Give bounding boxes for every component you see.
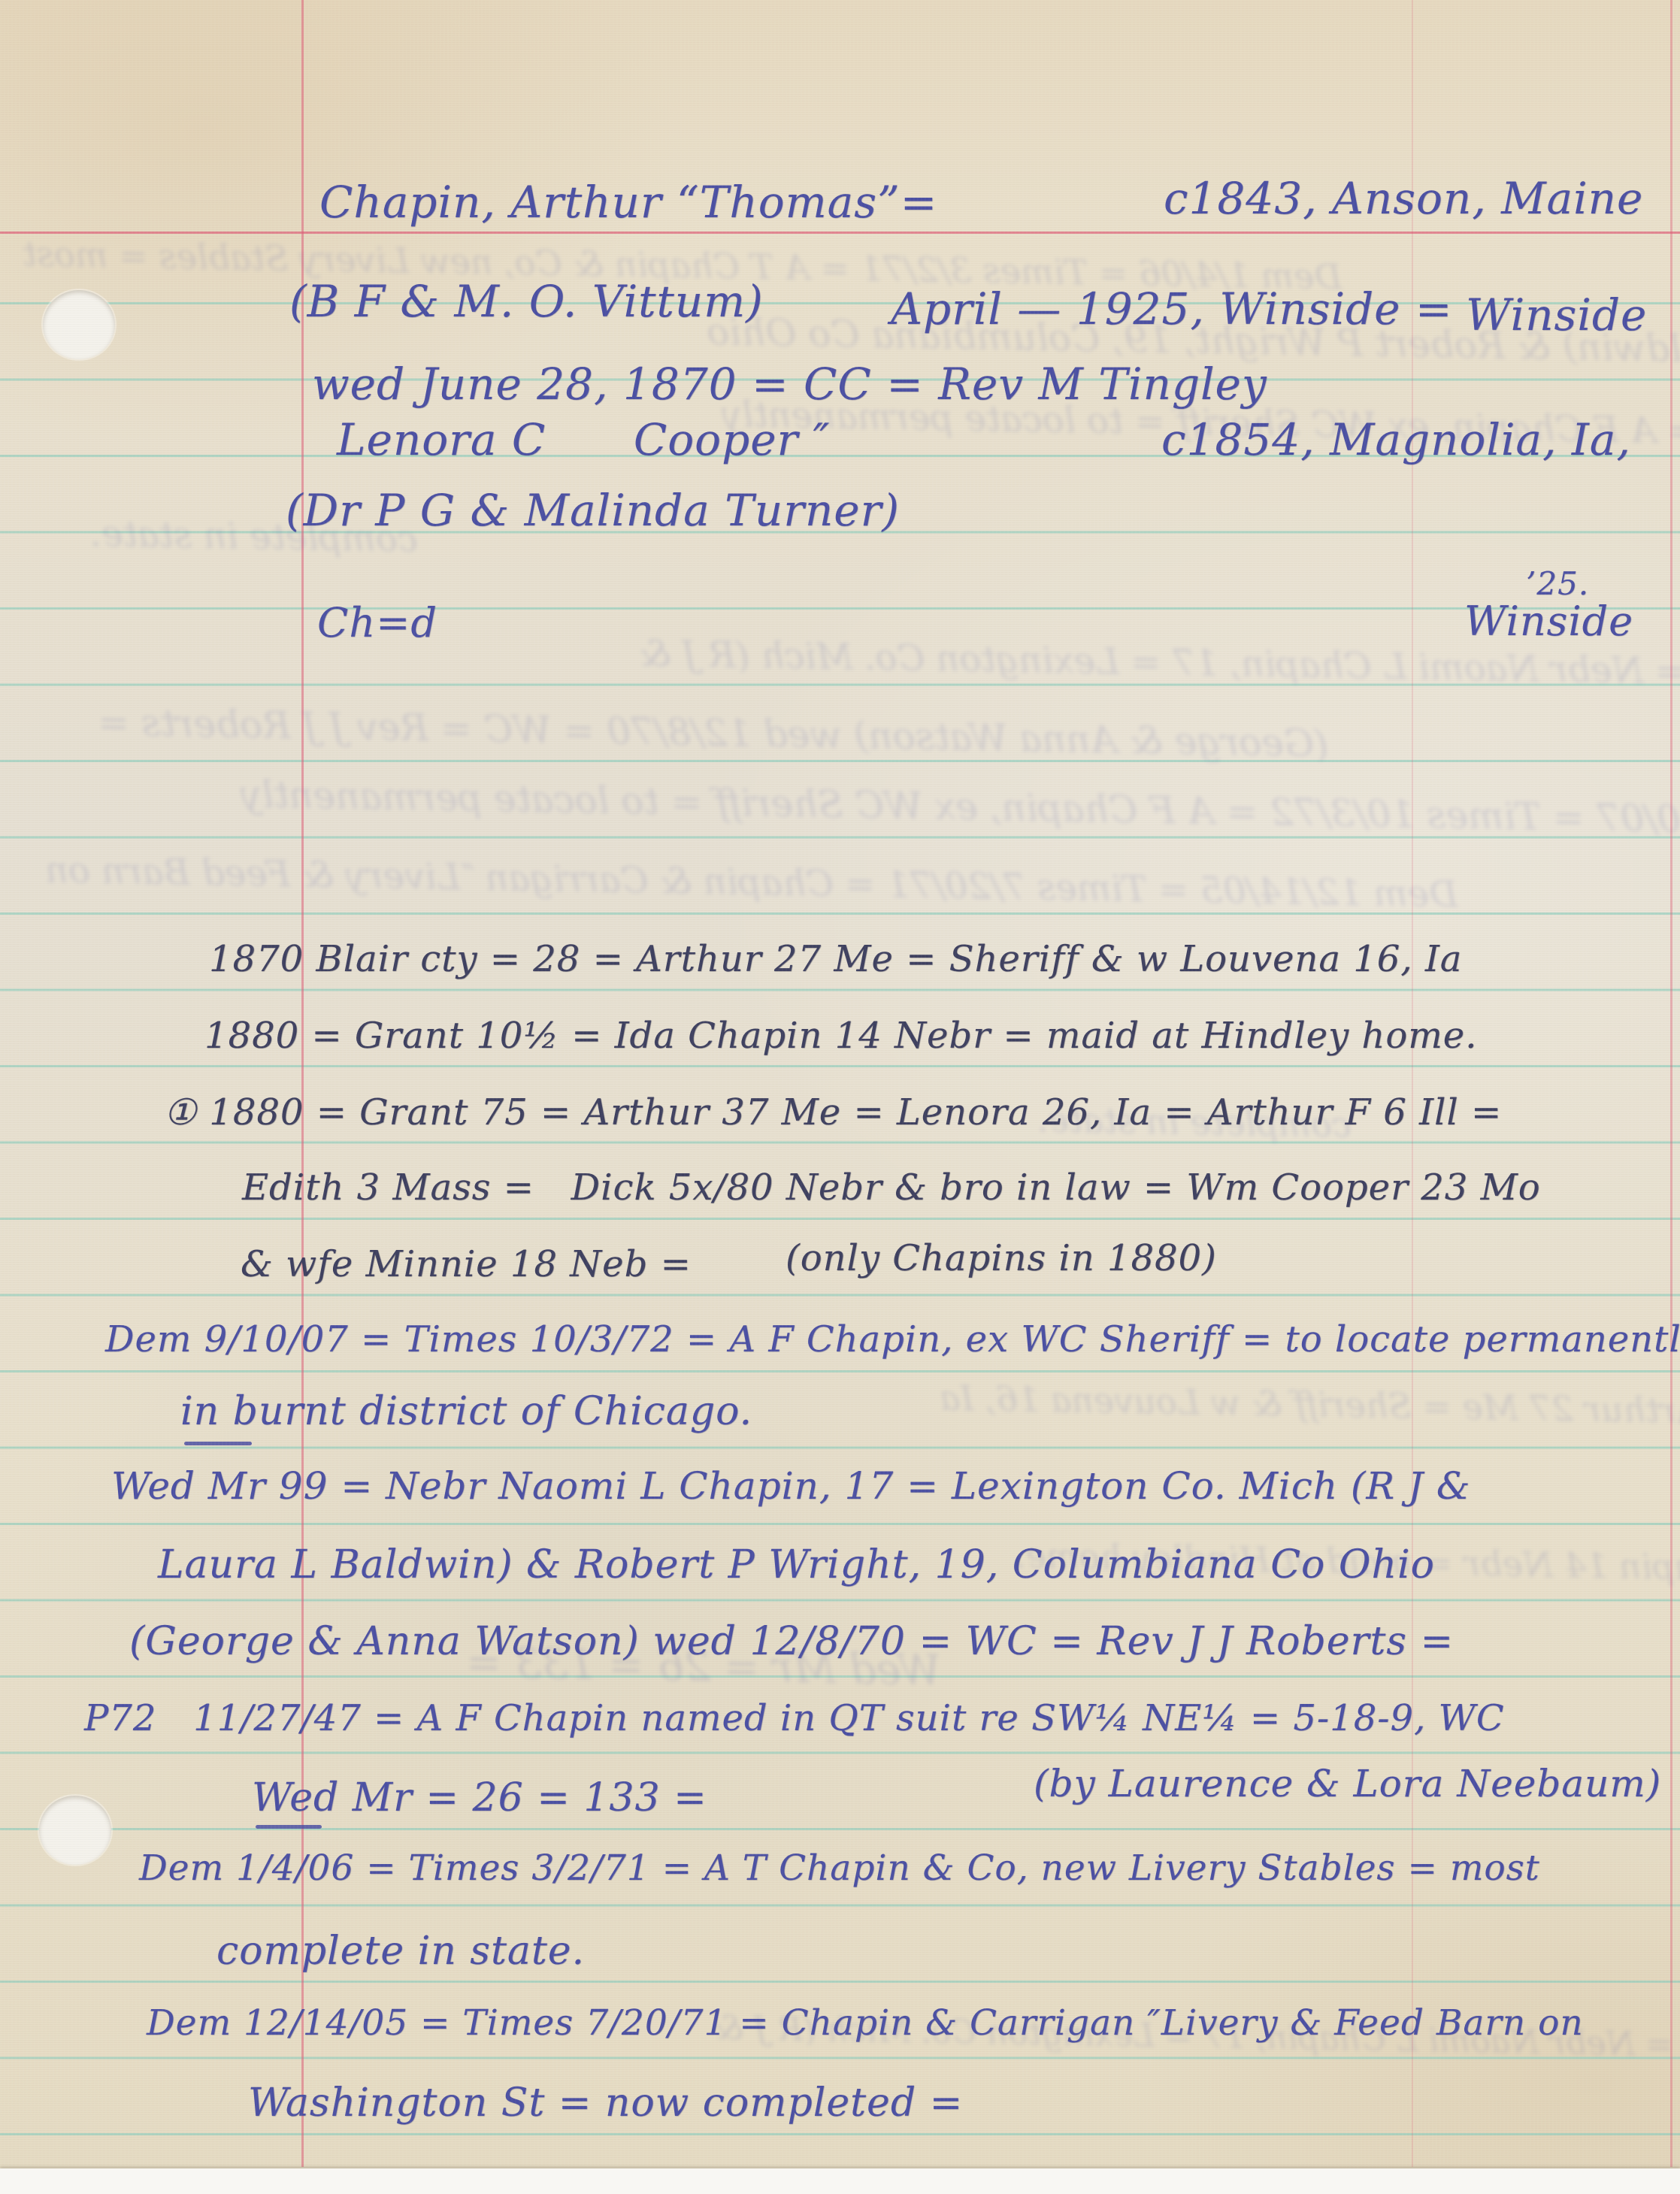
hole-punch-top bbox=[43, 290, 115, 359]
right-edge-line bbox=[1670, 0, 1672, 2167]
census-1870: 1870 Blair cty = 28 = Arthur 27 Me = She… bbox=[209, 941, 1462, 977]
marriage-1899-naomi-cont: Laura L Baldwin) & Robert P Wright, 19, … bbox=[158, 1545, 1435, 1584]
news-1907-chicago-cont: in burnt district of Chicago. bbox=[180, 1392, 752, 1431]
census-1880-note: (only Chapins in 1880) bbox=[786, 1240, 1217, 1276]
marriage-record-witnesses: (by Laurence & Lora Neebaum) bbox=[1034, 1765, 1661, 1802]
news-1906-livery: Dem 1/4/06 = Times 3/2/71 = A T Chapin &… bbox=[139, 1851, 1540, 1886]
scanned-note-page: Dem 1/4/06 = Times 3/2/71 = A T Chapin &… bbox=[0, 0, 1680, 2194]
ink-underline bbox=[184, 1442, 252, 1445]
bleed-through-text: (George & Anna Watson) wed 12/8/70 = WC … bbox=[98, 704, 1329, 763]
line-spouse-name: Lenora C Cooper ″ bbox=[337, 418, 830, 461]
census-1880-family-cont: Edith 3 Mass = Dick 5x/80 Nebr & bro in … bbox=[242, 1170, 1541, 1206]
news-1905-feed-barn-cont: Washington St = now completed = bbox=[248, 2084, 963, 2123]
ink-underline bbox=[256, 1825, 322, 1829]
top-margin-line-horizontal bbox=[0, 232, 1680, 234]
line-spouse-birth: c1854, Magnolia, Ia, bbox=[1161, 418, 1631, 461]
news-1905-feed-barn: Dem 12/14/05 = Times 7/20/71 = Chapin & … bbox=[147, 2005, 1584, 2041]
bleed-through-text: Dem 9/10/07 = Times 10/3/72 = A F Chapin… bbox=[241, 775, 1680, 840]
scan-edge-bottom bbox=[0, 2168, 1680, 2194]
line-surname-given-name: Chapin, Arthur “Thomas”= bbox=[319, 180, 937, 224]
court-1947-quiet-title: P72 11/27/47 = A F Chapin named in QT su… bbox=[84, 1700, 1505, 1736]
line-children-label: Ch=d bbox=[317, 603, 437, 643]
bleed-through-text: Dem 12/14/05 = Times 7/20/71 = Chapin & … bbox=[45, 852, 1458, 913]
news-1907-chicago: Dem 9/10/07 = Times 10/3/72 = A F Chapin… bbox=[105, 1321, 1680, 1357]
census-1880-ida: 1880 = Grant 10½ = Ida Chapin 14 Nebr = … bbox=[204, 1018, 1477, 1054]
line-death-date-place: April — 1925, Winside = bbox=[891, 287, 1453, 331]
line-birth-date-place: c1843, Anson, Maine bbox=[1164, 177, 1643, 220]
census-1880-wife: & wfe Minnie 18 Neb = bbox=[241, 1246, 692, 1282]
line-parents: (B F & M. O. Vittum) bbox=[289, 280, 764, 323]
line-spouse-parents: (Dr P G & Malinda Turner) bbox=[286, 489, 900, 532]
line-marriage: wed June 28, 1870 = CC = Rev M Tingley bbox=[312, 362, 1267, 406]
hole-punch-bottom bbox=[39, 1796, 111, 1865]
note-winside: Winside bbox=[1464, 601, 1633, 642]
line-burial-place: Winside bbox=[1466, 293, 1647, 337]
marriage-1899-naomi: Wed Mr 99 = Nebr Naomi L Chapin, 17 = Le… bbox=[111, 1467, 1470, 1505]
marriage-record-ref: Wed Mr = 26 = 133 = bbox=[252, 1778, 707, 1817]
bleed-through-text: 1870 Blair cty = 28 = Arthur 27 Me = She… bbox=[940, 1381, 1680, 1436]
census-1880-family: ① 1880 = Grant 75 = Arthur 37 Me = Lenor… bbox=[164, 1094, 1502, 1130]
note-year-25: ’25. bbox=[1526, 568, 1589, 600]
news-1906-livery-cont: complete in state. bbox=[216, 1932, 585, 1971]
marriage-1899-naomi-cont2: (George & Anna Watson) wed 12/8/70 = WC … bbox=[129, 1622, 1454, 1661]
